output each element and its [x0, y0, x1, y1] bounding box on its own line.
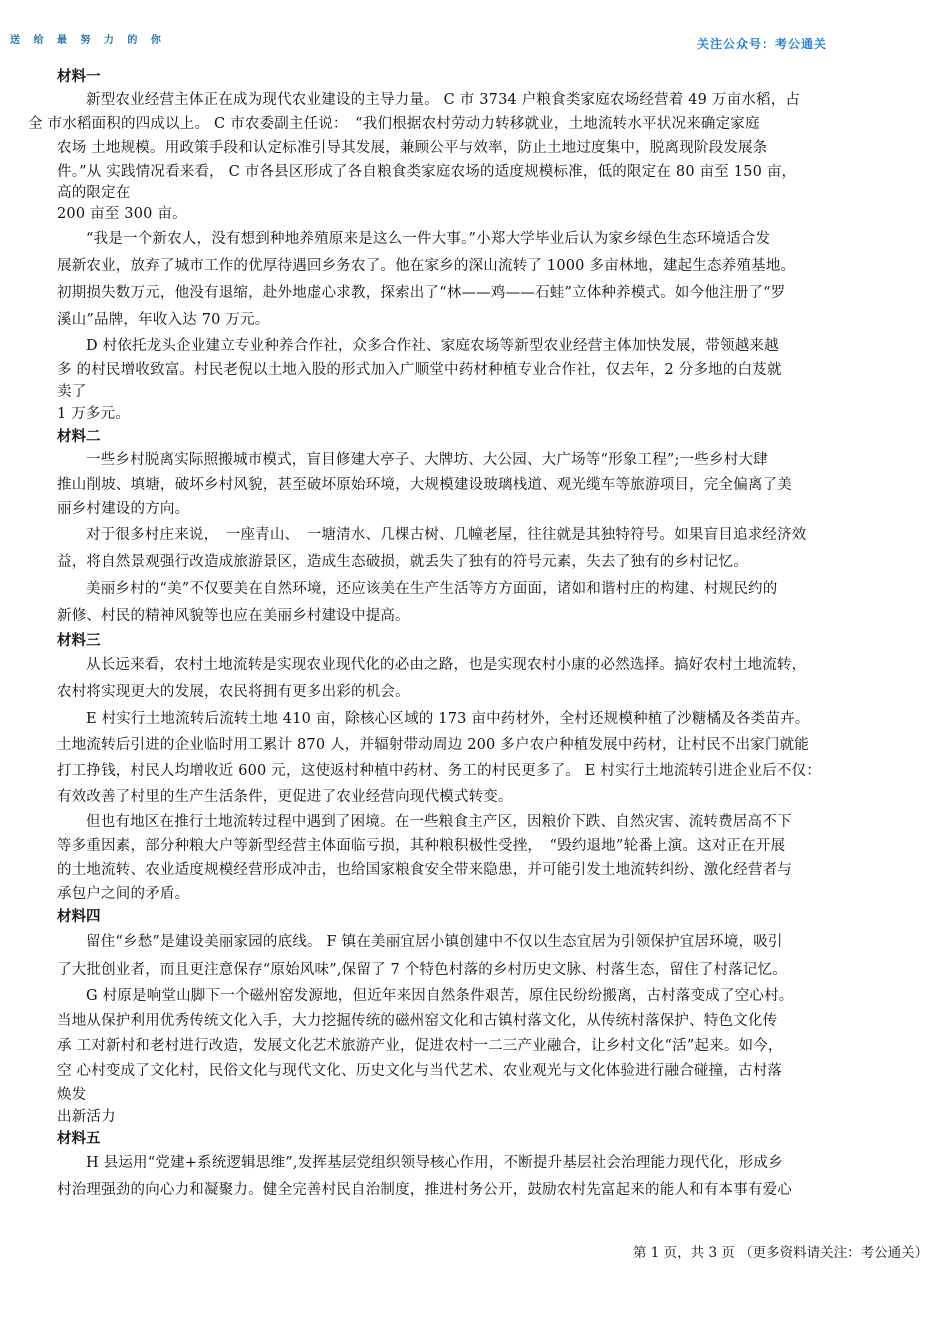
text-line: 承 工对新村和老村进行改造，发展文化艺术旅游产业，促进农村一二三产业融合，让乡村… [28, 1034, 895, 1059]
paragraph: 一些乡村脱离实际照搬城市模式，盲目修建大亭子、大牌坊、大公园、大广场等“形象工程… [57, 448, 895, 522]
text-line: 从长远来看，农村土地流转是实现农业现代化的必由之路，也是实现农村小康的必然选择。… [57, 652, 895, 679]
paragraph: E 村实行土地流转后流转土地 410 亩，除核心区域的 173 亩中药材外，全村… [57, 706, 895, 810]
text-line: 的土地流转、农业适度规模经营形成冲击，也给国家粮食安全带来隐患，并可能引发土地流… [28, 858, 895, 882]
text-line: 对于很多村庄来说， 一座青山、 一塘清水、几棵古树、几幢老屋，往往就是其独特符号… [57, 522, 895, 549]
text-line: H 县运用“党建+系统逻辑思维”,发挥基层党组织领导核心作用，不断提升基层社会治… [57, 1150, 895, 1177]
text-line: 益，将自然景观强行改造成旅游景区，造成生态破损，就丢失了独有的符号元素，失去了独… [28, 549, 895, 576]
paragraph: “我是一个新农人，没有想到种地养殖原来是这么一件大事。”小郑大学毕业后认为家乡绿… [57, 226, 895, 334]
text-line: 新型农业经营主体正在成为现代农业建设的主导力量。 C 市 3734 户粮食类家庭… [57, 88, 895, 112]
text-line: 当地从保护利用优秀传统文化入手，大力挖掘传统的磁州窑文化和古镇村落文化，从传统村… [28, 1009, 895, 1034]
text-line: 推山削坡、填塘，破坏乡村风貌，甚至破坏原始环境，大规模建设玻璃栈道、观光缆车等旅… [28, 473, 895, 498]
material-3: 材料三 从长远来看，农村土地流转是实现农业现代化的必由之路，也是实现农村小康的必… [57, 630, 895, 906]
page-footer: 第 1 页，共 3 页 （更多资料请关注：考公通关） [633, 1241, 928, 1261]
document-body: 材料一 新型农业经营主体正在成为现代农业建设的主导力量。 C 市 3734 户粮… [57, 66, 895, 1204]
text-line: 出新活力 [28, 1106, 895, 1128]
paragraph: H 县运用“党建+系统逻辑思维”,发挥基层党组织领导核心作用，不断提升基层社会治… [57, 1150, 895, 1204]
section-title: 材料一 [57, 66, 895, 88]
text-line: 全 市水稻面积的四成以上。 C 市农委副主任说： “我们根据农村劳动力转移就业，… [28, 112, 895, 136]
paragraph: D 村依托龙头企业建立专业种养合作社，众多合作社、家庭农场等新型农业经营主体加快… [57, 334, 895, 426]
material-1: 材料一 新型农业经营主体正在成为现代农业建设的主导力量。 C 市 3734 户粮… [57, 66, 895, 426]
text-line: 多 的村民增收致富。村民老倪以土地入股的形式加入广顺堂中药材种植专业合作社，仅去… [28, 358, 895, 382]
text-line: 村治理强劲的向心力和凝聚力。健全完善村民自治制度，推进村务公开，鼓励农村先富起来… [28, 1177, 895, 1204]
paragraph: 新型农业经营主体正在成为现代农业建设的主导力量。 C 市 3734 户粮食类家庭… [57, 88, 895, 226]
text-line: 200 亩至 300 亩。 [28, 202, 895, 226]
text-line: 美丽乡村的“美”不仅要美在自然环境，还应该美在生产生活等方方面面，诸如和谐村庄的… [57, 576, 895, 603]
text-line: 一些乡村脱离实际照搬城市模式，盲目修建大亭子、大牌坊、大公园、大广场等“形象工程… [57, 448, 895, 473]
text-line: 农场 土地规模。用政策手段和认定标准引导其发展，兼顾公平与效率，防止土地过度集中… [28, 136, 895, 160]
header-slogan: 送 给 最 努 力 的 你 [10, 31, 166, 46]
section-title: 材料二 [57, 426, 895, 448]
paragraph: 从长远来看，农村土地流转是实现农业现代化的必由之路，也是实现农村小康的必然选择。… [57, 652, 895, 706]
text-line: 但也有地区在推行土地流转过程中遇到了困境。在一些粮食主产区，因粮价下跌、自然灾害… [57, 810, 895, 834]
paragraph: G 村原是响堂山脚下一个磁州窑发源地，但近年来因自然条件艰苦，原住民纷纷搬离，古… [57, 984, 895, 1128]
text-line: 件。”从 实践情况看来看， C 市各县区形成了各自粮食类家庭农场的适度规模标准，… [28, 160, 895, 184]
section-title: 材料四 [57, 906, 895, 928]
text-line: 有效改善了村里的生产生活条件，更促进了农业经营向现代模式转变。 [28, 784, 895, 810]
text-line: 初期损失数万元，他没有退缩，赴外地虚心求教，探索出了“林——鸡——石蛙”立体种养… [28, 280, 895, 307]
material-5: 材料五 H 县运用“党建+系统逻辑思维”,发挥基层党组织领导核心作用，不断提升基… [57, 1128, 895, 1204]
text-line: 等多重因素，部分种粮大户等新型经营主体面临亏损，其种粮积极性受挫， “毁约退地”… [28, 834, 895, 858]
text-line: 土地流转后引进的企业临时用工累计 870 人，并辐射带动周边 200 多户农户种… [28, 732, 895, 758]
text-line: 打工挣钱，村民人均增收近 600 元，这使返村种植中药材、务工的村民更多了。 E… [28, 758, 895, 784]
material-4: 材料四 留住“乡愁”是建设美丽家园的底线。 F 镇在美丽宜居小镇创建中不仅以生态… [57, 906, 895, 1128]
text-line: G 村原是响堂山脚下一个磁州窑发源地，但近年来因自然条件艰苦，原住民纷纷搬离，古… [57, 984, 895, 1009]
text-line: 了大批创业者，而且更注意保存“原始风味”,保留了 7 个特色村落的乡村历史文脉、… [28, 956, 895, 984]
text-line: 溪山”品牌，年收入达 70 万元。 [28, 307, 895, 334]
text-line: 新修、村民的精神风貌等也应在美丽乡村建设中提高。 [28, 603, 895, 630]
text-line: 留住“乡愁”是建设美丽家园的底线。 F 镇在美丽宜居小镇创建中不仅以生态宜居为引… [57, 928, 895, 956]
section-title: 材料三 [57, 630, 895, 652]
section-title: 材料五 [57, 1128, 895, 1150]
text-line: 1 万多元。 [28, 402, 895, 426]
paragraph: 留住“乡愁”是建设美丽家园的底线。 F 镇在美丽宜居小镇创建中不仅以生态宜居为引… [57, 928, 895, 984]
text-line: 承包户之间的矛盾。 [28, 882, 895, 906]
text-line: “我是一个新农人，没有想到种地养殖原来是这么一件大事。”小郑大学毕业后认为家乡绿… [57, 226, 895, 253]
header-wechat-notice: 关注公众号：考公通关 [697, 35, 827, 52]
text-line: 展新农业，放弃了城市工作的优厚待遇回乡务农了。他在家乡的深山流转了 1000 多… [28, 253, 895, 280]
text-line: D 村依托龙头企业建立专业种养合作社，众多合作社、家庭农场等新型农业经营主体加快… [57, 334, 895, 358]
text-line: 卖了 [28, 382, 895, 402]
paragraph: 美丽乡村的“美”不仅要美在自然环境，还应该美在生产生活等方方面面，诸如和谐村庄的… [57, 576, 895, 630]
text-line: 高的限定在 [28, 184, 895, 202]
text-line: 丽乡村建设的方向。 [28, 497, 895, 522]
paragraph: 但也有地区在推行土地流转过程中遇到了困境。在一些粮食主产区，因粮价下跌、自然灾害… [57, 810, 895, 906]
text-line: 空 心村变成了文化村，民俗文化与现代文化、历史文化与当代艺术、农业观光与文化体验… [28, 1059, 895, 1084]
paragraph: 对于很多村庄来说， 一座青山、 一塘清水、几棵古树、几幢老屋，往往就是其独特符号… [57, 522, 895, 576]
text-line: E 村实行土地流转后流转土地 410 亩，除核心区域的 173 亩中药材外，全村… [57, 706, 895, 732]
text-line: 农村将实现更大的发展，农民将拥有更多出彩的机会。 [28, 679, 895, 706]
material-2: 材料二 一些乡村脱离实际照搬城市模式，盲目修建大亭子、大牌坊、大公园、大广场等“… [57, 426, 895, 630]
text-line: 焕发 [28, 1084, 895, 1106]
